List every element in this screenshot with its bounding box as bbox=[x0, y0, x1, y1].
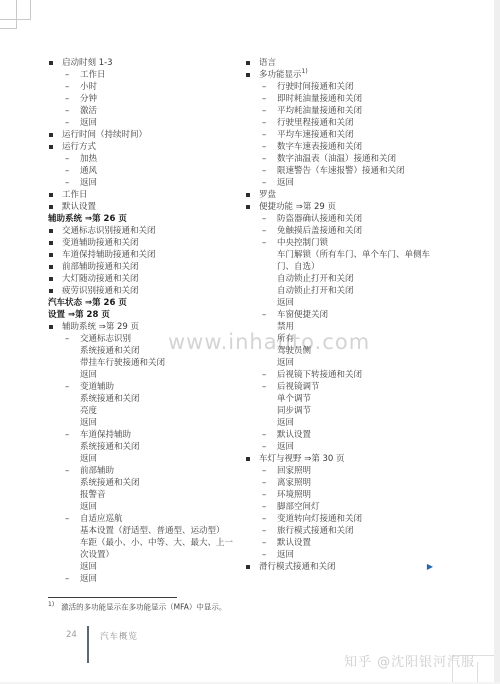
menu-item: –返回 bbox=[245, 441, 445, 453]
menu-item: –工作日 bbox=[48, 69, 233, 81]
menu-item-label: 返回 bbox=[80, 418, 97, 428]
menu-item-label: 自动锁止打开和关闭 bbox=[277, 286, 354, 296]
dash-bullet-icon: – bbox=[262, 237, 266, 249]
menu-item: –行驶时间接通和关闭 bbox=[245, 81, 445, 93]
menu-item-label: 车窗便捷关闭 bbox=[277, 310, 328, 320]
menu-item-label: 后视镜调节 bbox=[277, 382, 320, 392]
menu-item-label: 数字油温表（油温）接通和关闭 bbox=[277, 154, 396, 164]
menu-item: –小时 bbox=[48, 81, 233, 93]
menu-item-label: 罗盘 bbox=[259, 190, 276, 200]
dash-bullet-icon: – bbox=[262, 177, 266, 189]
menu-item: –车窗便捷关闭 bbox=[245, 309, 445, 321]
square-bullet-icon bbox=[246, 457, 250, 461]
menu-item: 语言 bbox=[245, 57, 445, 69]
menu-item-label: 多功能显示1) bbox=[259, 70, 308, 80]
menu-item-label: 辅助系统 ⇒第 26 页 bbox=[48, 214, 127, 224]
menu-item-label: 设置 ⇒第 28 页 bbox=[48, 310, 110, 320]
menu-item-label: 工作日 bbox=[62, 190, 88, 200]
menu-item-label: 单个调节 bbox=[277, 394, 311, 404]
menu-item: 带挂车行驶接通和关闭 bbox=[48, 357, 233, 369]
menu-item-label: 交通标志识别 bbox=[80, 334, 131, 344]
menu-item-label: 返回 bbox=[80, 118, 97, 128]
menu-column-left: 启动时刻 1-3–工作日–小时–分钟–激活–返回运行时间（持续时间）运行方式–加… bbox=[48, 57, 233, 585]
menu-item-label: 脚部空间灯 bbox=[277, 502, 320, 512]
menu-item-label: 所有 bbox=[277, 334, 294, 344]
dash-bullet-icon: – bbox=[65, 81, 69, 93]
dash-bullet-icon: – bbox=[65, 105, 69, 117]
menu-item-label: 返回 bbox=[80, 562, 97, 572]
menu-item: 运行方式 bbox=[48, 141, 233, 153]
square-bullet-icon bbox=[49, 145, 53, 149]
footnote: 1)激活的多功能显示在多功能显示（MFA）中显示。 bbox=[48, 601, 348, 613]
menu-item: 所有 bbox=[245, 333, 445, 345]
square-bullet-icon bbox=[49, 61, 53, 65]
dash-bullet-icon: – bbox=[262, 93, 266, 105]
menu-item-label: 前部辅助 bbox=[80, 466, 114, 476]
menu-item: 返回 bbox=[245, 417, 445, 429]
footer-divider bbox=[87, 626, 89, 663]
menu-item-label: 分钟 bbox=[80, 94, 97, 104]
menu-item-label: 驾驶员侧 bbox=[277, 346, 311, 356]
menu-item-label: 中央控制门锁 bbox=[277, 238, 328, 248]
menu-item-label: 带挂车行驶接通和关闭 bbox=[80, 358, 165, 368]
menu-item: 交通标志识别接通和关闭 bbox=[48, 225, 233, 237]
menu-item-label: 车距（最小、小、中等、大、最大、上一次设置） bbox=[80, 538, 233, 560]
dash-bullet-icon: – bbox=[262, 213, 266, 225]
menu-item-label: 返回 bbox=[80, 574, 97, 584]
menu-item: 系统接通和关闭 bbox=[48, 477, 233, 489]
menu-item: –离家照明 bbox=[245, 477, 445, 489]
menu-item: –返回 bbox=[245, 549, 445, 561]
menu-item-label: 变道辅助接通和关闭 bbox=[62, 238, 139, 248]
dash-bullet-icon: – bbox=[65, 69, 69, 81]
menu-item: –平均耗油量接通和关闭 bbox=[245, 105, 445, 117]
menu-item-label: 亮度 bbox=[80, 406, 97, 416]
menu-item-label: 运行时间（持续时间） bbox=[62, 130, 147, 140]
menu-item-label: 报警音 bbox=[80, 490, 106, 500]
menu-item: 车距（最小、小、中等、大、最大、上一次设置） bbox=[48, 537, 233, 561]
menu-item: 返回 bbox=[48, 417, 233, 429]
dash-bullet-icon: – bbox=[262, 537, 266, 549]
menu-item: –限速警告（车速报警）接通和关闭 bbox=[245, 165, 445, 177]
menu-item-label: 系统接通和关闭 bbox=[80, 346, 140, 356]
menu-item-label: 平均车速接通和关闭 bbox=[277, 130, 354, 140]
footnote-marker: 1) bbox=[48, 601, 54, 608]
menu-item: 自动锁止打开和关闭 bbox=[245, 273, 445, 285]
menu-item: –即时耗油量接通和关闭 bbox=[245, 93, 445, 105]
menu-item-label: 加热 bbox=[80, 154, 97, 164]
dash-bullet-icon: – bbox=[262, 501, 266, 513]
dash-bullet-icon: – bbox=[262, 117, 266, 129]
menu-item: 单个调节 bbox=[245, 393, 445, 405]
dash-bullet-icon: – bbox=[262, 477, 266, 489]
menu-item-label: 旅行模式接通和关闭 bbox=[277, 526, 354, 536]
menu-item: 多功能显示1) bbox=[245, 69, 445, 81]
menu-item-label: 语言 bbox=[259, 58, 276, 68]
menu-item: 驾驶员侧 bbox=[245, 345, 445, 357]
corner-crop-mark-icon bbox=[477, 662, 478, 684]
dash-bullet-icon: – bbox=[65, 573, 69, 585]
square-bullet-icon bbox=[49, 205, 53, 209]
menu-item-label: 环境照明 bbox=[277, 490, 311, 500]
menu-heading: 设置 ⇒第 28 页 bbox=[48, 309, 233, 321]
menu-item: 变道辅助接通和关闭 bbox=[48, 237, 233, 249]
dash-bullet-icon: – bbox=[262, 513, 266, 525]
square-bullet-icon bbox=[49, 289, 53, 293]
menu-item: 系统接通和关闭 bbox=[48, 441, 233, 453]
menu-item: –默认设置 bbox=[245, 537, 445, 549]
menu-item: –返回 bbox=[245, 177, 445, 189]
menu-item-label: 系统接通和关闭 bbox=[80, 478, 140, 488]
menu-item: –平均车速接通和关闭 bbox=[245, 129, 445, 141]
dash-bullet-icon: – bbox=[65, 165, 69, 177]
menu-item: 返回 bbox=[245, 357, 445, 369]
menu-heading: 辅助系统 ⇒第 26 页 bbox=[48, 213, 233, 225]
menu-item: –分钟 bbox=[48, 93, 233, 105]
menu-item-label: 平均耗油量接通和关闭 bbox=[277, 106, 362, 116]
dash-bullet-icon: – bbox=[262, 105, 266, 117]
menu-item: 滑行模式接通和关闭▶ bbox=[245, 561, 445, 573]
menu-item: –数字车速表接通和关闭 bbox=[245, 141, 445, 153]
menu-item-label: 运行方式 bbox=[62, 142, 96, 152]
dash-bullet-icon: – bbox=[65, 381, 69, 393]
square-bullet-icon bbox=[246, 73, 250, 77]
menu-item-label: 返回 bbox=[80, 502, 97, 512]
menu-item-label: 返回 bbox=[277, 178, 294, 188]
footer-section-title: 汽车概览 bbox=[100, 630, 138, 642]
menu-item: 大灯随动接通和关闭 bbox=[48, 273, 233, 285]
dash-bullet-icon: – bbox=[65, 177, 69, 189]
dash-bullet-icon: – bbox=[262, 165, 266, 177]
menu-item-label: 返回 bbox=[80, 454, 97, 464]
dash-bullet-icon: – bbox=[262, 525, 266, 537]
square-bullet-icon bbox=[246, 61, 250, 65]
menu-item: 亮度 bbox=[48, 405, 233, 417]
menu-item: –免触摸后盖接通和关闭 bbox=[245, 225, 445, 237]
menu-item-label: 便捷功能 ⇒第 29 页 bbox=[259, 202, 336, 212]
menu-item-label: 滑行模式接通和关闭 bbox=[259, 562, 336, 572]
menu-item: 启动时刻 1-3 bbox=[48, 57, 233, 69]
menu-item-label: 防盗器确认接通和关闭 bbox=[277, 214, 362, 224]
square-bullet-icon bbox=[246, 193, 250, 197]
menu-item: 前部辅助接通和关闭 bbox=[48, 261, 233, 273]
square-bullet-icon bbox=[246, 565, 250, 569]
menu-item-label: 车灯与视野 ⇒第 30 页 bbox=[259, 454, 345, 464]
menu-item: –回家照明 bbox=[245, 465, 445, 477]
menu-item: –中央控制门锁 bbox=[245, 237, 445, 249]
menu-item-label: 后视镜下转接通和关闭 bbox=[277, 370, 362, 380]
menu-item: –变道转向灯接通和关闭 bbox=[245, 513, 445, 525]
menu-item: 返回 bbox=[48, 453, 233, 465]
menu-item: –返回 bbox=[48, 117, 233, 129]
menu-item-label: 工作日 bbox=[80, 70, 106, 80]
square-bullet-icon bbox=[49, 253, 53, 257]
dash-bullet-icon: – bbox=[262, 141, 266, 153]
menu-item: 同步调节 bbox=[245, 405, 445, 417]
dash-bullet-icon: – bbox=[262, 81, 266, 93]
menu-item: 车道保持辅助接通和关闭 bbox=[48, 249, 233, 261]
menu-item-label: 返回 bbox=[277, 358, 294, 368]
menu-item-label: 汽车状态 ⇒第 26 页 bbox=[48, 298, 127, 308]
menu-item-label: 变道转向灯接通和关闭 bbox=[277, 514, 362, 524]
menu-item-label: 变道辅助 bbox=[80, 382, 114, 392]
square-bullet-icon bbox=[49, 277, 53, 281]
menu-item-label: 返回 bbox=[80, 178, 97, 188]
footnote-text: 激活的多功能显示在多功能显示（MFA）中显示。 bbox=[61, 603, 226, 612]
menu-item: –返回 bbox=[48, 573, 233, 585]
dash-bullet-icon: – bbox=[65, 513, 69, 525]
dash-bullet-icon: – bbox=[262, 381, 266, 393]
menu-item: –自适应巡航 bbox=[48, 513, 233, 525]
menu-item-label: 返回 bbox=[277, 298, 294, 308]
menu-item-label: 禁用 bbox=[277, 322, 294, 332]
menu-item: –默认设置 bbox=[245, 429, 445, 441]
menu-item-label: 免触摸后盖接通和关闭 bbox=[277, 226, 362, 236]
menu-item-label: 默认设置 bbox=[277, 538, 311, 548]
menu-item-label: 返回 bbox=[277, 418, 294, 428]
dash-bullet-icon: – bbox=[262, 489, 266, 501]
menu-item-label: 车门解锁（所有车门、单个车门、单侧车门、自选） bbox=[277, 250, 430, 272]
dash-bullet-icon: – bbox=[262, 549, 266, 561]
dash-bullet-icon: – bbox=[65, 117, 69, 129]
menu-item: 报警音 bbox=[48, 489, 233, 501]
menu-item-label: 通风 bbox=[80, 166, 97, 176]
menu-item: –后视镜调节 bbox=[245, 381, 445, 393]
menu-item: 返回 bbox=[48, 369, 233, 381]
dash-bullet-icon: – bbox=[65, 333, 69, 345]
dash-bullet-icon: – bbox=[262, 465, 266, 477]
menu-item-label: 小时 bbox=[80, 82, 97, 92]
menu-item-label: 交通标志识别接通和关闭 bbox=[62, 226, 156, 236]
menu-item: –脚部空间灯 bbox=[245, 501, 445, 513]
menu-item: 基本设置（舒适型、普通型、运动型） bbox=[48, 525, 233, 537]
menu-item: 系统接通和关闭 bbox=[48, 345, 233, 357]
menu-item-label: 回家照明 bbox=[277, 466, 311, 476]
menu-item-label: 限速警告（车速报警）接通和关闭 bbox=[277, 166, 405, 176]
page-edge bbox=[494, 0, 500, 684]
menu-item-label: 启动时刻 1-3 bbox=[62, 58, 113, 68]
menu-item: –旅行模式接通和关闭 bbox=[245, 525, 445, 537]
menu-item-label: 辅助系统 ⇒第 29 页 bbox=[62, 322, 139, 332]
page-footer: 24 汽车概览 bbox=[0, 626, 300, 666]
menu-item-label: 返回 bbox=[277, 442, 294, 452]
menu-item: 默认设置 bbox=[48, 201, 233, 213]
menu-item-label: 自动锁止打开和关闭 bbox=[277, 274, 354, 284]
menu-item-label: 返回 bbox=[80, 370, 97, 380]
menu-item: –数字油温表（油温）接通和关闭 bbox=[245, 153, 445, 165]
menu-column-right: 语言多功能显示1)–行驶时间接通和关闭–即时耗油量接通和关闭–平均耗油量接通和关… bbox=[245, 57, 445, 573]
menu-item-label: 同步调节 bbox=[277, 406, 311, 416]
menu-item-label: 即时耗油量接通和关闭 bbox=[277, 94, 362, 104]
corner-crop-mark-icon bbox=[0, 0, 17, 29]
menu-heading: 汽车状态 ⇒第 26 页 bbox=[48, 297, 233, 309]
menu-item: 禁用 bbox=[245, 321, 445, 333]
menu-item: –激活 bbox=[48, 105, 233, 117]
menu-item: –环境照明 bbox=[245, 489, 445, 501]
footnote-divider bbox=[48, 597, 177, 598]
menu-item-label: 车道保持辅助接通和关闭 bbox=[62, 250, 156, 260]
dash-bullet-icon: – bbox=[262, 441, 266, 453]
menu-item: –车道保持辅助 bbox=[48, 429, 233, 441]
zhihu-watermark: 知乎 @沈阳银河汽服 bbox=[344, 651, 475, 670]
menu-item-label: 前部辅助接通和关闭 bbox=[62, 262, 139, 272]
menu-item: 运行时间（持续时间） bbox=[48, 129, 233, 141]
continuation-arrow-icon: ▶ bbox=[427, 562, 433, 572]
menu-item: 工作日 bbox=[48, 189, 233, 201]
menu-item: 系统接通和关闭 bbox=[48, 393, 233, 405]
dash-bullet-icon: – bbox=[65, 93, 69, 105]
square-bullet-icon bbox=[49, 265, 53, 269]
menu-item: 自动锁止打开和关闭 bbox=[245, 285, 445, 297]
square-bullet-icon bbox=[49, 325, 53, 329]
dash-bullet-icon: – bbox=[262, 369, 266, 381]
menu-item-label: 基本设置（舒适型、普通型、运动型） bbox=[80, 526, 225, 536]
dash-bullet-icon: – bbox=[262, 153, 266, 165]
menu-item-label: 系统接通和关闭 bbox=[80, 442, 140, 452]
menu-item: –后视镜下转接通和关闭 bbox=[245, 369, 445, 381]
menu-item: 车门解锁（所有车门、单个车门、单侧车门、自选） bbox=[245, 249, 445, 273]
menu-item-label: 自适应巡航 bbox=[80, 514, 123, 524]
menu-item: –行驶里程接通和关闭 bbox=[245, 117, 445, 129]
dash-bullet-icon: – bbox=[262, 225, 266, 237]
menu-item-label: 离家照明 bbox=[277, 478, 311, 488]
menu-item: –变道辅助 bbox=[48, 381, 233, 393]
menu-item: –防盗器确认接通和关闭 bbox=[245, 213, 445, 225]
menu-item-label: 车道保持辅助 bbox=[80, 430, 131, 440]
menu-item: 返回 bbox=[48, 501, 233, 513]
menu-item: 罗盘 bbox=[245, 189, 445, 201]
menu-item: 便捷功能 ⇒第 29 页 bbox=[245, 201, 445, 213]
page-number: 24 bbox=[66, 630, 77, 640]
menu-item-label: 行驶里程接通和关闭 bbox=[277, 118, 354, 128]
dash-bullet-icon: – bbox=[262, 429, 266, 441]
dash-bullet-icon: – bbox=[262, 309, 266, 321]
dash-bullet-icon: – bbox=[65, 465, 69, 477]
menu-item-label: 大灯随动接通和关闭 bbox=[62, 274, 139, 284]
square-bullet-icon bbox=[49, 133, 53, 137]
menu-item: 疲劳识别接通和关闭 bbox=[48, 285, 233, 297]
menu-item: –返回 bbox=[48, 177, 233, 189]
menu-item-label: 默认设置 bbox=[277, 430, 311, 440]
menu-item: 返回 bbox=[48, 561, 233, 573]
menu-item-label: 行驶时间接通和关闭 bbox=[277, 82, 354, 92]
menu-item: –交通标志识别 bbox=[48, 333, 233, 345]
menu-item: 返回 bbox=[245, 297, 445, 309]
square-bullet-icon bbox=[49, 229, 53, 233]
square-bullet-icon bbox=[49, 241, 53, 245]
menu-item-label: 数字车速表接通和关闭 bbox=[277, 142, 362, 152]
square-bullet-icon bbox=[49, 193, 53, 197]
dash-bullet-icon: – bbox=[65, 429, 69, 441]
menu-item-label: 激活 bbox=[80, 106, 97, 116]
dash-bullet-icon: – bbox=[262, 129, 266, 141]
dash-bullet-icon: – bbox=[65, 153, 69, 165]
menu-item: 辅助系统 ⇒第 29 页 bbox=[48, 321, 233, 333]
menu-item: 车灯与视野 ⇒第 30 页 bbox=[245, 453, 445, 465]
menu-item: –通风 bbox=[48, 165, 233, 177]
menu-item-label: 默认设置 bbox=[62, 202, 96, 212]
menu-item: –加热 bbox=[48, 153, 233, 165]
manual-page: www.inhauto.com 启动时刻 1-3–工作日–小时–分钟–激活–返回… bbox=[0, 0, 500, 684]
square-bullet-icon bbox=[246, 205, 250, 209]
menu-item-label: 系统接通和关闭 bbox=[80, 394, 140, 404]
menu-item: –前部辅助 bbox=[48, 465, 233, 477]
menu-item-label: 疲劳识别接通和关闭 bbox=[62, 286, 139, 296]
menu-item-label: 返回 bbox=[277, 550, 294, 560]
